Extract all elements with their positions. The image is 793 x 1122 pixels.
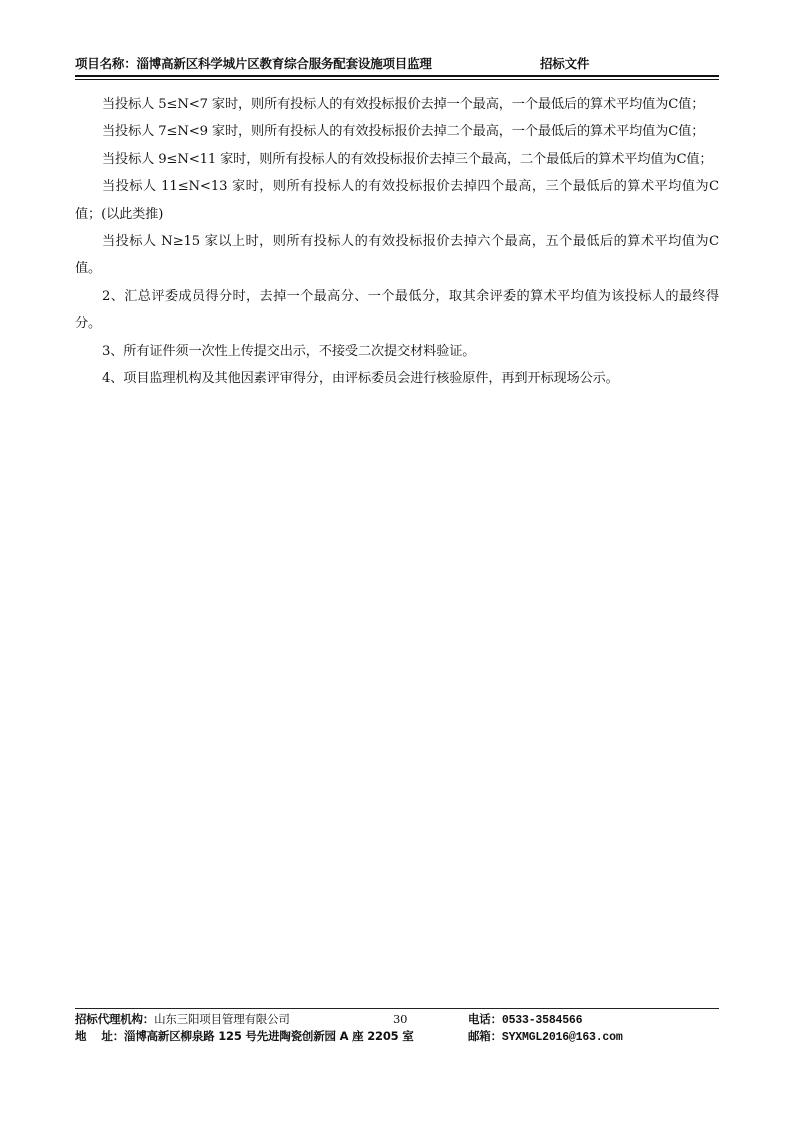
email-address: SYXMGL2016@163.com [502, 1031, 623, 1044]
page-header: 项目名称：淄博高新区科学城片区教育综合服务配套设施项目监理 招标文件 [75, 56, 719, 72]
page-number: 30 [393, 1011, 407, 1028]
agency-info: 招标代理机构：山东三阳项目管理有限公司 [75, 1011, 290, 1028]
phone-label: 电话： [468, 1012, 502, 1026]
agency-label: 招标代理机构： [75, 1012, 154, 1026]
document-type: 招标文件 [540, 56, 589, 72]
paragraph-item-3: 3、所有证件须一次性上传提交出示，不接受二次提交材料验证。 [75, 338, 719, 365]
email-info: 邮箱：SYXMGL2016@163.com [468, 1028, 623, 1046]
email-label: 邮箱： [468, 1029, 502, 1043]
footer-row-1: 招标代理机构：山东三阳项目管理有限公司 30 电话：0533-3584566 [75, 1011, 719, 1028]
address-label: 地 址： [75, 1029, 124, 1043]
header-rule-thick [75, 75, 719, 77]
paragraph-bidders-5-7: 当投标人 5≤N<7 家时，则所有投标人的有效投标报价去掉一个最高，一个最低后的… [75, 91, 719, 118]
paragraph-bidders-15-plus: 当投标人 N≥15 家以上时，则所有投标人的有效投标报价去掉六个最高，五个最低后… [75, 228, 719, 283]
header-rule-thin [75, 79, 719, 80]
paragraph-bidders-11-13: 当投标人 11≤N<13 家时，则所有投标人的有效投标报价去掉四个最高，三个最低… [75, 173, 719, 228]
paragraph-item-4: 4、项目监理机构及其他因素评审得分，由评标委员会进行核验原件，再到开标现场公示。 [75, 365, 719, 392]
phone-number: 0533-3584566 [502, 1014, 582, 1027]
address-info: 地 址：淄博高新区柳泉路 125 号先进陶瓷创新园 A 座 2205 室 [75, 1028, 414, 1045]
paragraph-item-2: 2、汇总评委成员得分时，去掉一个最高分、一个最低分，取其余评委的算术平均值为该投… [75, 283, 719, 338]
project-name: 项目名称：淄博高新区科学城片区教育综合服务配套设施项目监理 [75, 56, 432, 72]
page-footer: 招标代理机构：山东三阳项目管理有限公司 30 电话：0533-3584566 地… [75, 1011, 719, 1045]
footer-rule [75, 1008, 719, 1009]
agency-name: 山东三阳项目管理有限公司 [154, 1012, 290, 1026]
document-body: 当投标人 5≤N<7 家时，则所有投标人的有效投标报价去掉一个最高，一个最低后的… [75, 91, 719, 392]
paragraph-bidders-9-11: 当投标人 9≤N<11 家时，则所有投标人的有效投标报价去掉三个最高，二个最低后… [75, 146, 719, 173]
footer-row-2: 地 址：淄博高新区柳泉路 125 号先进陶瓷创新园 A 座 2205 室 邮箱：… [75, 1028, 719, 1045]
paragraph-bidders-7-9: 当投标人 7≤N<9 家时，则所有投标人的有效投标报价去掉二个最高，一个最低后的… [75, 118, 719, 145]
phone-info: 电话：0533-3584566 [468, 1011, 582, 1029]
address-value: 淄博高新区柳泉路 125 号先进陶瓷创新园 A 座 2205 室 [124, 1029, 414, 1043]
